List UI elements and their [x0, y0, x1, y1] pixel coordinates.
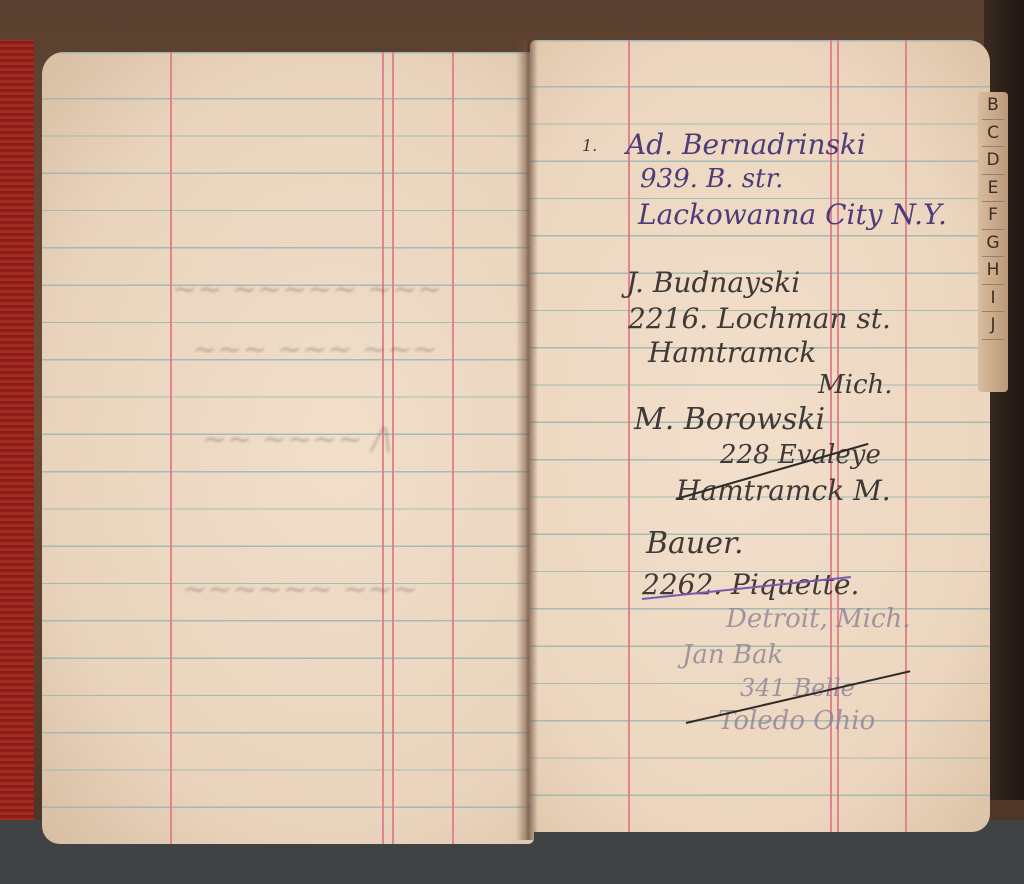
entry-name: Jan Bak [682, 640, 783, 670]
faded-pencil-marks: ~~~ ~~~ ~~~ [192, 332, 437, 367]
entry-name: Ad. Bernadrinski [626, 128, 866, 161]
left-page: ~~ ~~~~~ ~~~ ~~~ ~~~ ~~~ ~~ ~~~~ /\ ~~~~… [42, 52, 534, 844]
entry-street: 939. B. str. [640, 164, 783, 194]
index-tab-f[interactable]: F [982, 202, 1004, 230]
entry-city: Hamtramck [648, 336, 816, 369]
index-tab-e[interactable]: E [982, 175, 1004, 203]
index-tab-h[interactable]: H [982, 257, 1004, 285]
index-tab-g[interactable]: G [982, 230, 1004, 258]
entry-name: J. Budnayski [626, 266, 800, 299]
book-gutter [516, 40, 538, 840]
right-page: 1. Ad. Bernadrinski 939. B. str. Lackowa… [530, 40, 990, 832]
alphabet-index-tabs: B C D E F G H I J [978, 92, 1008, 392]
entry-number: 1. [582, 136, 597, 155]
margin-line [905, 40, 907, 832]
entry-city: Lackowanna City N.Y. [638, 198, 947, 231]
cover-spine-cloth [0, 40, 34, 830]
index-tab-j[interactable]: J [982, 312, 1004, 340]
margin-line [452, 52, 454, 844]
entry-street: 2216. Lochman st. [628, 302, 891, 335]
index-tab-i[interactable]: I [982, 285, 1004, 313]
faded-pencil-marks: ~~~~~~ ~~~ [182, 572, 418, 607]
entry-street: 228 Evaleye [720, 440, 881, 470]
index-tab-c[interactable]: C [982, 120, 1004, 148]
entry-state: Mich. [818, 370, 893, 400]
margin-line [392, 52, 394, 844]
faded-pencil-marks: ~~ ~~~~ /\ [202, 422, 392, 457]
entry-city: Detroit, Mich. [726, 604, 911, 634]
entry-name: Bauer. [646, 526, 744, 561]
margin-line [170, 52, 172, 844]
index-tab-d[interactable]: D [982, 147, 1004, 175]
faded-pencil-marks: ~~ ~~~~~ ~~~ [172, 272, 442, 307]
index-tab-b[interactable]: B [982, 92, 1004, 120]
entry-name: M. Borowski [634, 402, 825, 437]
